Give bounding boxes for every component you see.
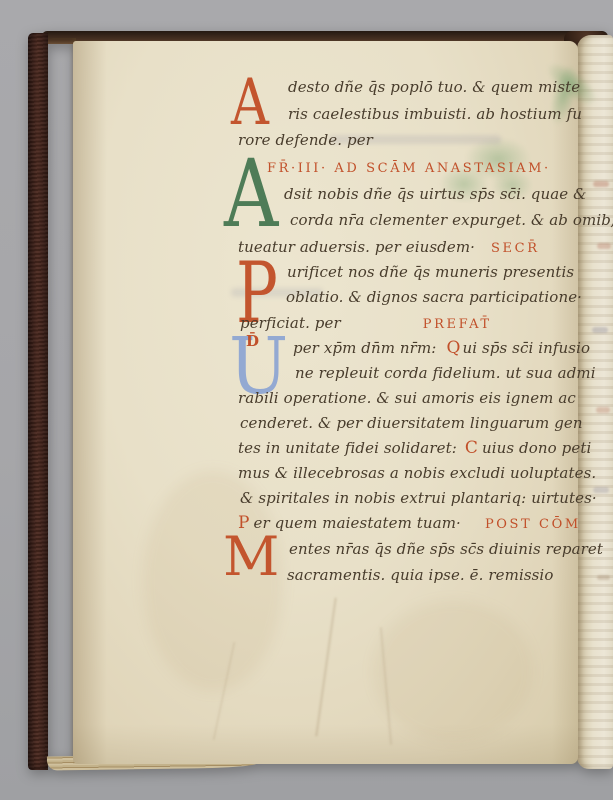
text-line: per xp̄m dn̄m nr̄m:Qui sp̄s sc̄i infusio — [293, 338, 590, 358]
text-line: rabili operatione. & sui amoris eis igne… — [238, 388, 576, 408]
rubric-text: P — [238, 513, 250, 533]
text-line: ne repleuit corda fidelium. ut sua admi — [295, 363, 596, 383]
text-line: entes nr̄as q̄s dñe sp̄s sc̄s diuinis re… — [289, 539, 603, 559]
manuscript-text: corda nr̄a clementer expurget. & ab omib… — [290, 211, 613, 229]
manuscript-text: & spiritales in nobis extrui plantariq: … — [240, 489, 597, 507]
manuscript-text: mus & illecebrosas a nobis excludi uolup… — [238, 464, 596, 482]
manuscript-text: sacramentis. quia ipse. ē. remissio — [287, 566, 553, 584]
manuscript-text: urificet nos dñe q̄s muneris presentis — [287, 263, 574, 281]
manuscript-text: desto dñe q̄s poplō tuo. & quem miste — [288, 78, 580, 96]
rubric-text: POST CŌM — [485, 517, 581, 532]
text-line: & spiritales in nobis extrui plantariq: … — [240, 488, 597, 508]
rubric-text: PREFAT̄ — [423, 317, 492, 332]
show-through-mark — [593, 181, 609, 187]
text-line: dsit nobis dñe q̄s uirtus sp̄s sc̄i. qua… — [284, 184, 587, 204]
initial-m-red: M — [223, 530, 279, 584]
manuscript-text: tueatur aduersis. per eiusdem· — [238, 238, 475, 256]
manuscript-text: per xp̄m dn̄m nr̄m: — [293, 339, 436, 357]
vd-monogram-d: D̄ — [246, 334, 259, 349]
book: AAPUMD̄ desto dñe q̄s poplō tuo. & quem … — [28, 31, 613, 772]
parchment-crease — [315, 598, 336, 737]
rubric-text: Q — [446, 338, 460, 358]
text-line: FR̄·III· AD SCĀM ANASTASIAM· — [267, 157, 551, 179]
text-line: mus & illecebrosas a nobis excludi uolup… — [238, 463, 596, 483]
show-through-mark — [596, 407, 610, 413]
rubric-text: FR̄·III· AD SCĀM ANASTASIAM· — [267, 161, 551, 176]
bottom-edge-shadow — [73, 724, 578, 764]
show-through-mark — [597, 243, 611, 249]
manuscript-text: uius dono peti — [482, 439, 591, 457]
manuscript-text: entes nr̄as q̄s dñe sp̄s sc̄s diuinis re… — [289, 540, 603, 558]
text-line: oblatio. & dignos sacra participatione· — [286, 287, 582, 307]
manuscript-text: dsit nobis dñe q̄s uirtus sp̄s sc̄i. qua… — [284, 185, 587, 203]
text-line: tes in unitate fidei solidaret:Cuius don… — [238, 438, 591, 458]
initial-a-red: A — [231, 71, 269, 135]
manuscript-text: rore defende. per — [238, 131, 373, 149]
rubric-text: SECR̄ — [491, 241, 540, 256]
rubric-text: C — [465, 438, 478, 458]
manuscript-text: ris caelestibus imbuisti. ab hostium fu — [288, 105, 582, 123]
manuscript-text: cenderet. & per diuersitatem linguarum g… — [240, 414, 583, 432]
manuscript-text: ui sp̄s sc̄i infusio — [462, 339, 590, 357]
text-line: desto dñe q̄s poplō tuo. & quem miste — [288, 77, 580, 97]
manuscript-text: tes in unitate fidei solidaret: — [238, 439, 457, 457]
manuscript-text: ne repleuit corda fidelium. ut sua admi — [295, 364, 596, 382]
text-line: cenderet. & per diuersitatem linguarum g… — [240, 413, 583, 433]
manuscript-text: er quem maiestatem tuam· — [254, 514, 461, 532]
text-line: rore defende. per — [238, 130, 373, 150]
text-line: Per quem maiestatem tuam·POST CŌM — [238, 513, 581, 535]
show-through-mark — [597, 575, 610, 580]
left-cover-leather — [28, 33, 48, 770]
left-page-stack-edge — [46, 38, 76, 768]
right-fore-edge — [577, 35, 613, 769]
text-line: tueatur aduersis. per eiusdem·SECR̄ — [238, 237, 540, 259]
text-line: urificet nos dñe q̄s muneris presentis — [287, 262, 574, 282]
text-line: corda nr̄a clementer expurget. & ab omib… — [290, 210, 613, 230]
manuscript-text: oblatio. & dignos sacra participatione· — [286, 288, 582, 306]
manuscript-photo: AAPUMD̄ desto dñe q̄s poplō tuo. & quem … — [0, 0, 613, 800]
parchment-stain — [373, 601, 533, 741]
text-line: perficiat. perPREFAT̄ — [240, 313, 492, 335]
manuscript-text: perficiat. per — [240, 314, 341, 332]
text-line: ris caelestibus imbuisti. ab hostium fu — [288, 104, 582, 124]
manuscript-text: rabili operatione. & sui amoris eis igne… — [238, 389, 576, 407]
show-through-mark — [592, 327, 608, 333]
gutter-shadow — [73, 41, 107, 764]
text-line: sacramentis. quia ipse. ē. remissio — [287, 565, 553, 585]
parchment-page: AAPUMD̄ desto dñe q̄s poplō tuo. & quem … — [73, 41, 578, 764]
